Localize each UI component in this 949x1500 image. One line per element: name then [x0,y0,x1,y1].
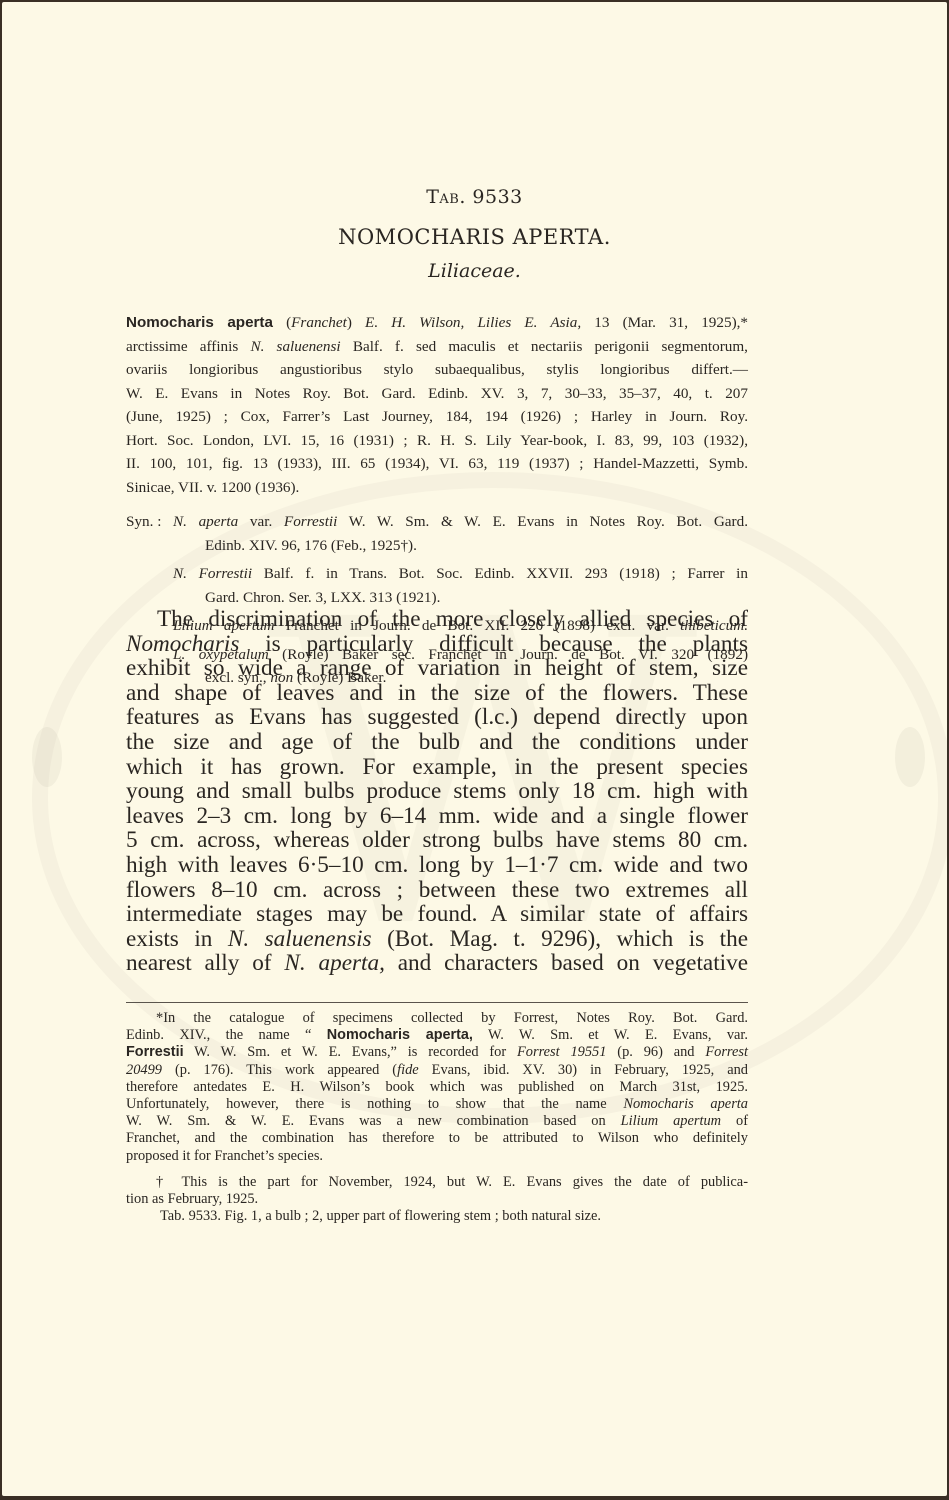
footnote-divider [126,1002,748,1003]
reference-line: Sinicae, VII. v. 1200 (1936). [126,476,748,500]
footnote-line: Unfortunately, however, there is nothing… [126,1096,748,1113]
footnote-line: Franchet, and the combination has theref… [126,1130,748,1147]
body-line: which it has grown. For example, in the … [126,755,748,780]
reference-line: Nomocharis aperta (Franchet) E. H. Wilso… [126,311,748,335]
watermark-dot-right [895,727,925,787]
synonym-entry: N. Forrestii Balf. f. in Trans. Bot. Soc… [126,562,748,609]
plate-label: Tab. [426,186,466,208]
footnotes-block: *In the catalogue of specimens collected… [126,1010,748,1208]
footnote-line: W. W. Sm. & W. E. Evans was a new combin… [126,1113,748,1130]
synonym-line: N. Forrestii Balf. f. in Trans. Bot. Soc… [173,562,748,586]
body-line: intermediate stages may be found. A simi… [126,902,748,927]
body-line: high with leaves 6·5–10 cm. long by 1–1·… [126,853,748,878]
footnote-line: † This is the part for November, 1924, b… [126,1174,748,1191]
footnote-line: *In the catalogue of specimens collected… [126,1010,748,1027]
plate-number-value: 9533 [472,186,522,208]
body-line: leaves 2–3 cm. long by 6–14 mm. wide and… [126,804,748,829]
body-line: Nomocharis is particularly difficult bec… [126,632,748,657]
footnote-line: therefore antedates E. H. Wilson’s book … [126,1079,748,1096]
footnote-line: Forrestii W. W. Sm. et W. E. Evans,” is … [126,1044,748,1061]
footnote-line: tion as February, 1925. [126,1191,748,1208]
footnote-line: 20499 (p. 176). This work appeared (fide… [126,1062,748,1079]
footnote-line: proposed it for Franchet’s species. [126,1148,748,1165]
body-line: exhibit so wide a range of variation in … [126,656,748,681]
synonym-line: N. aperta var. Forrestii W. W. Sm. & W. … [173,510,748,534]
body-line: exists in N. saluenensis (Bot. Mag. t. 9… [126,927,748,952]
body-line: nearest ally of N. aperta, and character… [126,951,748,976]
plate-number: Tab. 9533 [0,186,949,208]
body-line: young and small bulbs produce stems only… [126,779,748,804]
body-line: the size and age of the bulb and the con… [126,730,748,755]
reference-line: Hort. Soc. London, LVI. 15, 16 (1931) ; … [126,429,748,453]
page-title: NOMOCHARIS APERTA. [0,225,949,249]
reference-line: II. 100, 101, fig. 13 (1933), III. 65 (1… [126,452,748,476]
body-line: flowers 8–10 cm. across ; between these … [126,878,748,903]
plate-caption: Tab. 9533. Fig. 1, a bulb ; 2, upper par… [160,1208,601,1225]
synonym-entry: Syn. : N. aperta var. Forrestii W. W. Sm… [126,510,748,557]
body-line: features as Evans has suggested (l.c.) d… [126,705,748,730]
body-line: and shape of leaves and in the size of t… [126,681,748,706]
body-paragraph: The discrimination of the more closely a… [126,607,748,976]
reference-line: (June, 1925) ; Cox, Farrer’s Last Journe… [126,405,748,429]
synonym-line: Edinb. XIV. 96, 176 (Feb., 1925†). [173,534,748,558]
footnote-line: Edinb. XIV., the name “ Nomocharis apert… [126,1027,748,1044]
body-line: 5 cm. across, whereas older strong bulbs… [126,828,748,853]
reference-line: ovariis longioribus angustioribus stylo … [126,358,748,382]
family-name: Liliaceae. [0,260,949,282]
watermark-dot-left [32,727,62,787]
reference-line: W. E. Evans in Notes Roy. Bot. Gard. Edi… [126,382,748,406]
reference-line: arctissime affinis N. saluenensi Balf. f… [126,335,748,359]
body-line: The discrimination of the more closely a… [126,607,748,632]
synonyms-label: Syn. : [126,510,161,534]
reference-block: Nomocharis aperta (Franchet) E. H. Wilso… [126,311,748,499]
